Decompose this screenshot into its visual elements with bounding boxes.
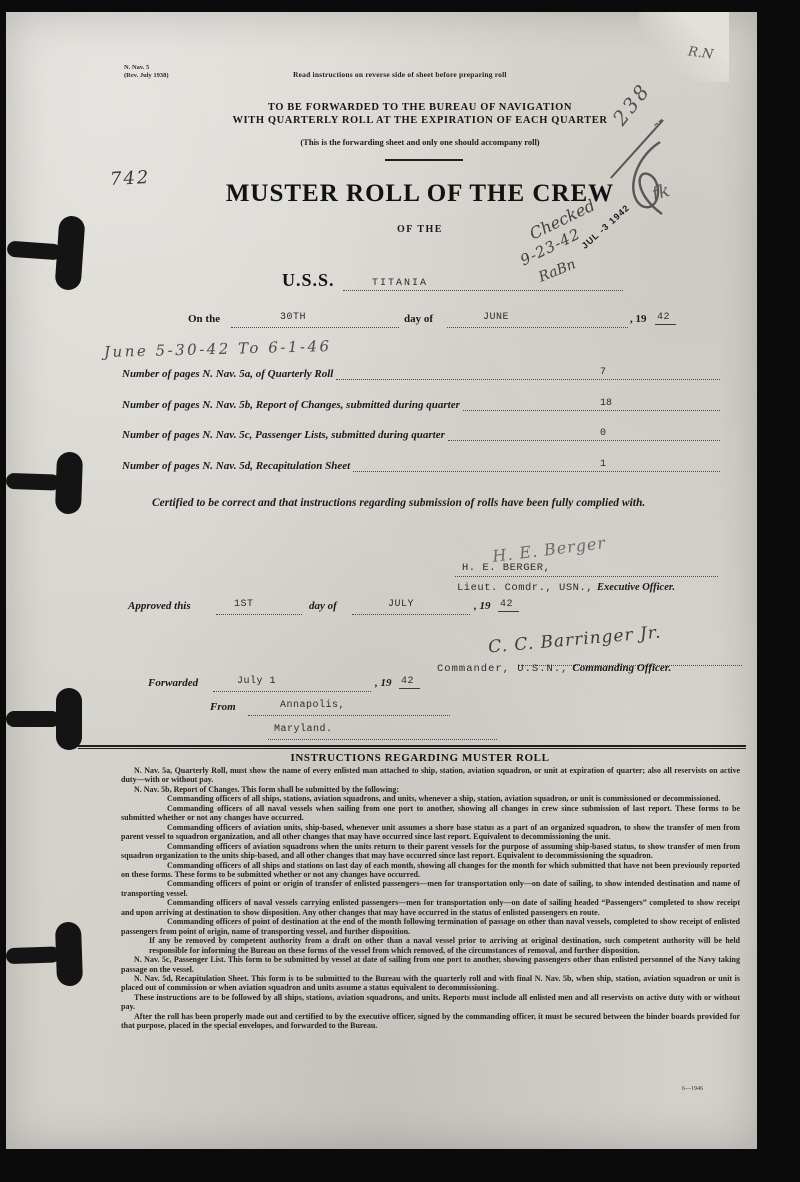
- forward-to-bureau-line2: WITH QUARTERLY ROLL AT THE EXPIRATION OF…: [210, 115, 630, 126]
- pages-row-leader: [336, 365, 720, 380]
- forwarded-year-prefix: , 19: [375, 677, 392, 689]
- month-value: JUNE: [483, 312, 509, 323]
- pages-row-leader: [448, 426, 720, 441]
- instructions-paragraph: Commanding officers of all ships and sta…: [121, 861, 740, 880]
- pages-row-label: Number of pages N. Nav. 5a, of Quarterly…: [122, 368, 333, 380]
- instructions-paragraph: Commanding officers of point of destinat…: [121, 917, 740, 936]
- scanned-document: { "document": { "form_number_line1": "N.…: [0, 0, 800, 1182]
- pages-row-label: Number of pages N. Nav. 5b, Report of Ch…: [122, 399, 460, 411]
- forwarded-date-value: July 1: [237, 676, 276, 687]
- instructions-paragraph: These instructions are to be followed by…: [121, 993, 740, 1012]
- pages-row-value: 1: [600, 459, 606, 470]
- pages-row: Number of pages N. Nav. 5a, of Quarterly…: [122, 362, 720, 380]
- approved-day-line: [216, 598, 302, 615]
- ship-name-value: TITANIA: [372, 278, 428, 289]
- uss-label: U.S.S.: [282, 270, 335, 291]
- rule-above-title: [385, 159, 463, 161]
- pages-row-label: Number of pages N. Nav. 5d, Recapitulati…: [122, 460, 350, 472]
- instructions-paragraph: N. Nav. 5c, Passenger List. This form to…: [121, 955, 740, 974]
- pages-row-label: Number of pages N. Nav. 5c, Passenger Li…: [122, 429, 445, 441]
- pages-table: Number of pages N. Nav. 5a, of Quarterly…: [122, 362, 720, 484]
- instructions-paragraph: N. Nav. 5b, Report of Changes. This form…: [121, 785, 740, 794]
- divider-rule-top: [78, 745, 746, 747]
- pages-row-value: 0: [600, 428, 606, 439]
- commanding-title-line: Commander, U.S.N., Commanding Officer.: [437, 658, 671, 676]
- pages-row-value: 7: [600, 367, 606, 378]
- from-city-value: Annapolis,: [280, 700, 345, 711]
- approved-this-label: Approved this: [128, 600, 191, 612]
- from-city-line: [248, 699, 450, 716]
- pages-row: Number of pages N. Nav. 5b, Report of Ch…: [122, 393, 720, 411]
- executive-typed-name: H. E. BERGER,: [462, 562, 550, 574]
- instructions-paragraph: Commanding officers of aviation units, s…: [121, 823, 740, 842]
- instructions-paragraph: Commanding officers of point or origin o…: [121, 879, 740, 898]
- instructions-paragraph: N. Nav. 5d, Recapitulation Sheet. This f…: [121, 974, 740, 993]
- day-value: 30TH: [280, 312, 306, 323]
- approved-month-value: JULY: [388, 599, 414, 610]
- commanding-role: Commanding Officer.: [572, 662, 671, 674]
- divider-rule-bottom: [78, 748, 746, 749]
- pages-row: Number of pages N. Nav. 5d, Recapitulati…: [122, 454, 720, 472]
- executive-title-line: Lieut. Comdr., USN., Executive Officer.: [457, 577, 675, 595]
- from-label: From: [210, 701, 236, 713]
- approved-year-prefix: , 19: [474, 600, 491, 612]
- day-blank-line: [231, 311, 399, 328]
- instructions-paragraph: N. Nav. 5a, Quarterly Roll, must show th…: [121, 766, 740, 785]
- instructions-heading: INSTRUCTIONS REGARDING MUSTER ROLL: [210, 752, 630, 764]
- instructions-body: N. Nav. 5a, Quarterly Roll, must show th…: [121, 766, 740, 1031]
- approved-day-of-label: day of: [309, 600, 337, 612]
- approved-day-value: 1ST: [234, 599, 254, 610]
- year-prefix: , 19: [630, 313, 647, 325]
- forwarded-year-value: 42: [399, 676, 420, 689]
- day-of-label: day of: [404, 313, 433, 325]
- certification-text: Certified to be correct and that instruc…: [122, 493, 722, 514]
- binder-hole: [54, 215, 85, 291]
- binder-hole: [55, 922, 83, 987]
- instructions-paragraph: Commanding officers of all ships, statio…: [121, 794, 740, 803]
- pages-row-value: 18: [600, 398, 612, 409]
- page-title: MUSTER ROLL OF THE CREW: [210, 180, 630, 208]
- handwritten-page-number: 742: [109, 167, 150, 190]
- executive-typed-title: Lieut. Comdr., USN.,: [457, 582, 593, 594]
- month-blank-line: [447, 311, 628, 328]
- binder-hole: [55, 452, 83, 515]
- paper-corner-highlight: [639, 12, 729, 82]
- binder-hole: [56, 688, 82, 750]
- forwarding-sheet-note: (This is the forwarding sheet and only o…: [210, 137, 630, 147]
- read-instructions-note: Read instructions on reverse side of she…: [293, 70, 523, 79]
- instructions-paragraph: After the roll has been properly made ou…: [121, 1012, 740, 1031]
- instructions-paragraph: Commanding officers of naval vessels car…: [121, 898, 740, 917]
- approved-year-value: 42: [498, 599, 519, 612]
- year-value: 42: [655, 312, 676, 325]
- instructions-paragraph: Commanding officers of all naval vessels…: [121, 804, 740, 823]
- print-code: 6—1946: [682, 1086, 703, 1092]
- form-number: N. Nav. 5 (Rev. July 1938): [124, 64, 169, 79]
- instructions-paragraph: Commanding officers of aviation squadron…: [121, 842, 740, 861]
- pages-row-leader: [353, 457, 720, 472]
- pages-row: Number of pages N. Nav. 5c, Passenger Li…: [122, 423, 720, 441]
- executive-role: Executive Officer.: [597, 582, 675, 593]
- on-the-label: On the: [188, 313, 220, 325]
- commanding-typed-title: Commander, U.S.N.,: [437, 663, 568, 675]
- pages-row-leader: [463, 396, 720, 411]
- forwarded-label: Forwarded: [148, 677, 198, 689]
- forward-to-bureau-line1: TO BE FORWARDED TO THE BUREAU OF NAVIGAT…: [210, 102, 630, 113]
- instructions-paragraph: If any be removed by competent authority…: [149, 936, 740, 955]
- from-state-value: Maryland.: [274, 724, 333, 735]
